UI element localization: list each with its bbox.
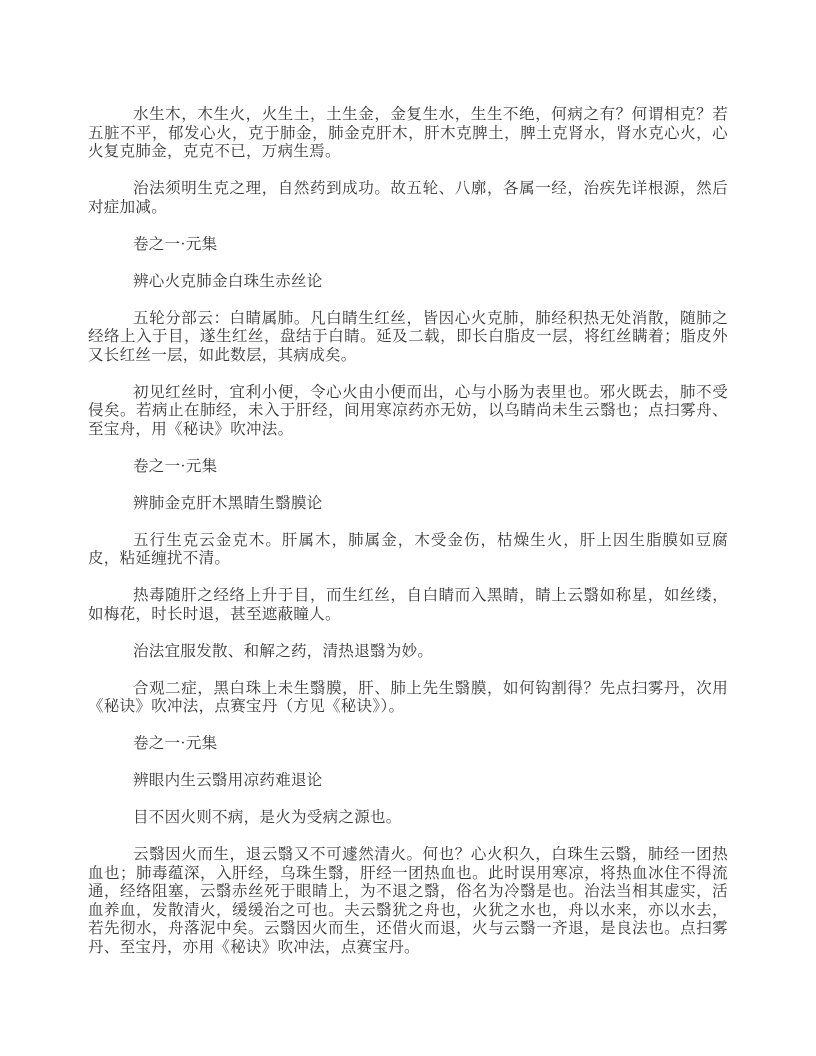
body-paragraph: 合观二症，黑白珠上未生翳膜，肝、肺上先生翳膜，如何钩割得？先点扫雾丹，次用《秘诀… — [88, 680, 728, 717]
body-paragraph: 目不因火则不病，是火为受病之源也。 — [88, 809, 728, 828]
section-title: 辨眼内生云翳用凉药难退论 — [88, 772, 728, 791]
body-paragraph: 水生木，木生火，火生土，土生金，金复生水，生生不绝，何病之有？何谓相克？若五脏不… — [88, 106, 728, 162]
body-paragraph: 五行生克云金克木。肝属木，肺属金，木受金伤，枯燥生火，肝上因生脂膜如豆腐皮，粘延… — [88, 532, 728, 569]
body-paragraph: 初见红丝时，宜利小便，令心火由小便而出，心与小肠为表里也。邪火既去，肺不受侵矣。… — [88, 384, 728, 440]
section-title: 辨肺金克肝木黑睛生翳膜论 — [88, 495, 728, 514]
document-page: 水生木，木生火，火生土，土生金，金复生水，生生不绝，何病之有？何谓相克？若五脏不… — [0, 0, 816, 1056]
body-paragraph: 五轮分部云：白睛属肺。凡白睛生红丝，皆因心火克肺，肺经积热无处消散，随肺之经络上… — [88, 310, 728, 366]
body-paragraph: 治法须明生克之理，自然药到成功。故五轮、八廓，各属一经，治疾先详根源，然后对症加… — [88, 180, 728, 217]
section-title: 辨心火克肺金白珠生赤丝论 — [88, 273, 728, 292]
body-paragraph: 热毒随肝之经络上升于目，而生红丝，自白睛而入黑睛，睛上云翳如称星，如丝缕，如梅花… — [88, 587, 728, 624]
volume-label: 卷之一·元集 — [88, 236, 728, 255]
volume-label: 卷之一·元集 — [88, 735, 728, 754]
body-paragraph: 云翳因火而生，退云翳又不可遽然清火。何也？心火积久，白珠生云翳，肺经一团热血也；… — [88, 846, 728, 957]
body-paragraph: 治法宜服发散、和解之药，清热退翳为妙。 — [88, 643, 728, 662]
volume-label: 卷之一·元集 — [88, 458, 728, 477]
document-body: 水生木，木生火，火生土，土生金，金复生水，生生不绝，何病之有？何谓相克？若五脏不… — [88, 106, 728, 957]
